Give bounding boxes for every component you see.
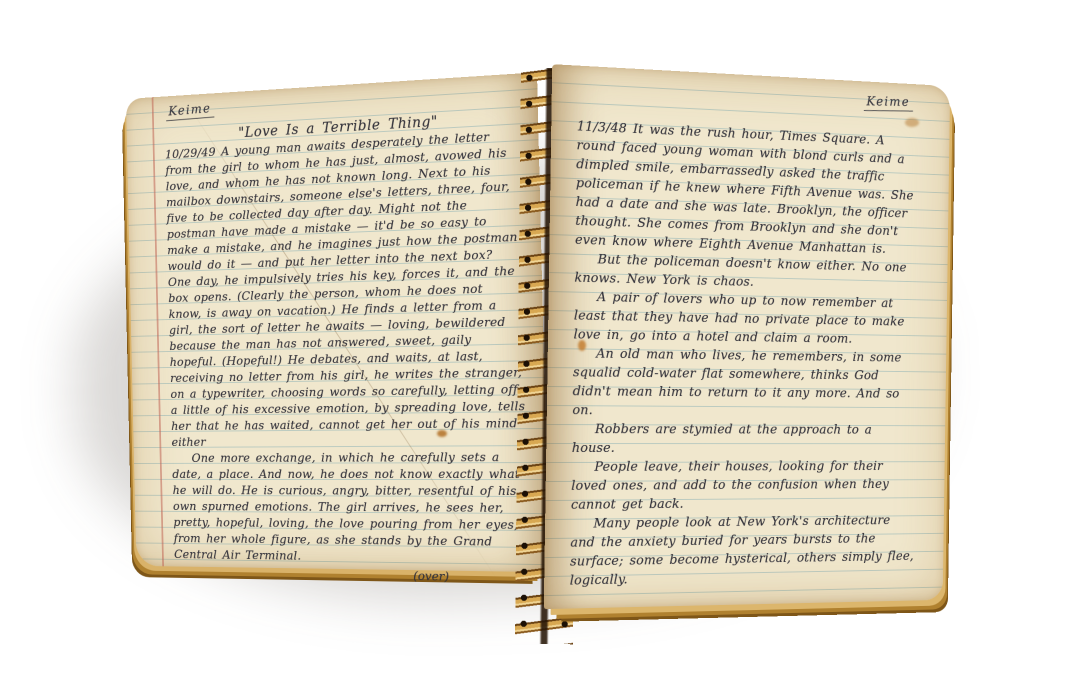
ink-stain (578, 340, 586, 351)
right-page-paragraph: People leave, their houses, looking for … (571, 457, 917, 514)
left-page-paragraph: 10/29/49 A young man awaits desperately … (165, 126, 526, 449)
right-page-paragraph: A pair of lovers who up to now remember … (573, 288, 918, 350)
right-page-header: Keime (864, 95, 913, 112)
left-page-header: Keime (166, 101, 215, 121)
left-page: Keime "Love Is a Terrible Thing" 10/29/4… (126, 72, 549, 572)
left-page-margin-line (152, 97, 164, 566)
right-page-paragraph: An old man who lives, he remembers, in s… (572, 344, 918, 421)
notebook-photo: Keime "Love Is a Terrible Thing" 10/29/4… (0, 0, 1080, 699)
right-page: Keime 11/3/48 It was the rush hour, Time… (544, 64, 950, 609)
ink-stain (437, 430, 447, 437)
right-page-paragraph: Robbers are stymied at the approach to a… (572, 420, 917, 458)
foxing-stain (905, 118, 919, 127)
right-page-paragraph: Many people look at New York's architect… (570, 511, 916, 590)
left-page-paragraph: One more exchange, in which he carefully… (172, 448, 529, 567)
right-page-paragraph: 11/3/48 It was the rush hour, Times Squa… (575, 117, 921, 259)
